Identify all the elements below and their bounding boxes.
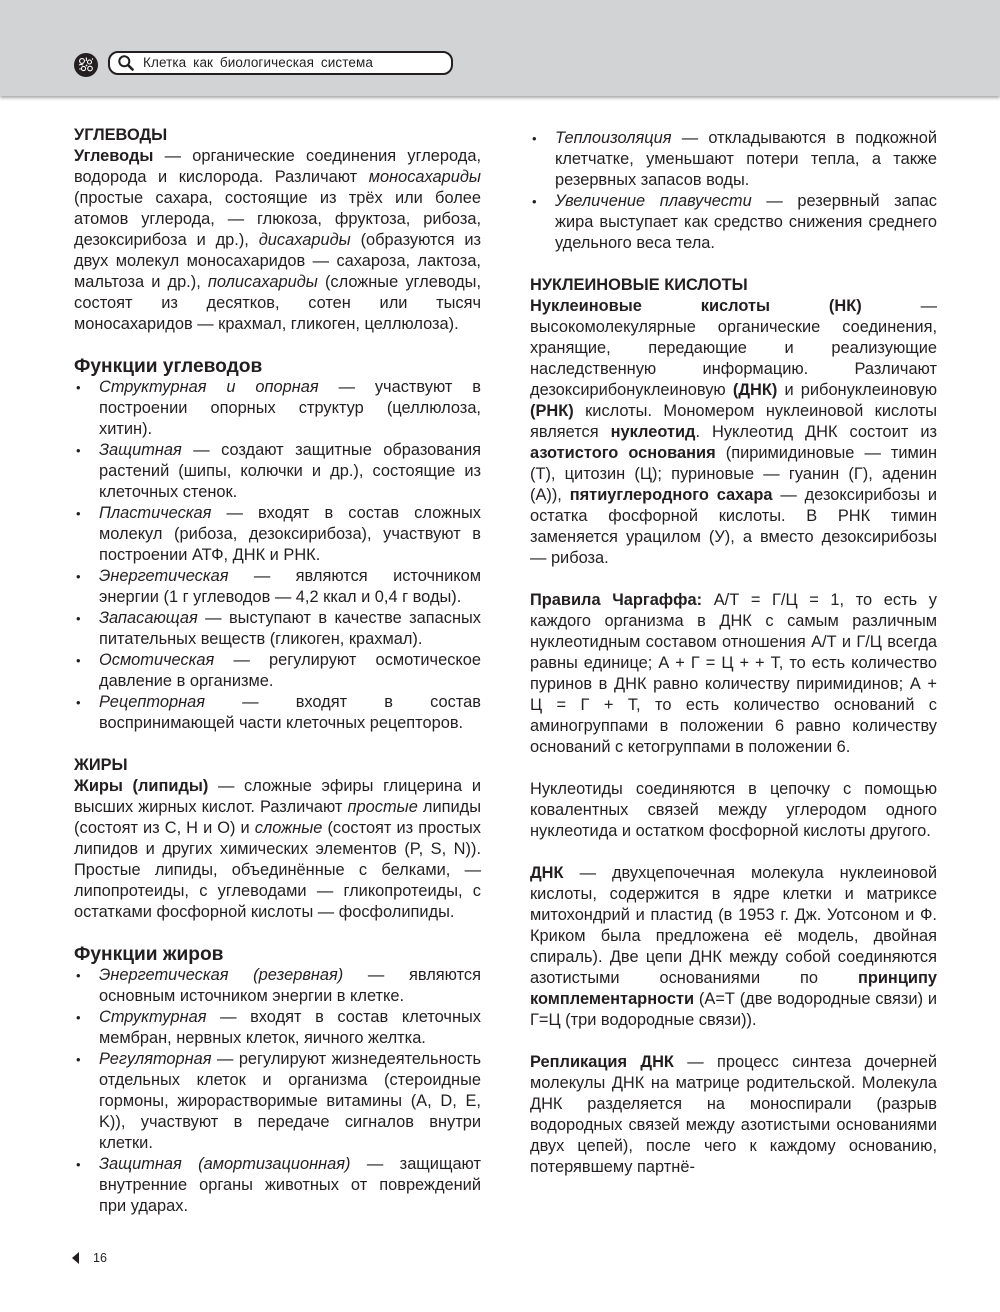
right-column: Теплоизоляция — откладываются в подкожно… xyxy=(530,128,937,1178)
carbs-functions-list: Структурная и опорная — участвуют в пост… xyxy=(74,377,481,734)
list-item: Теплоизоляция — откладываются в подкожно… xyxy=(530,128,937,191)
carbs-functions-title: Функции углеводов xyxy=(74,356,481,377)
bold-term: Жиры (липиды) xyxy=(74,777,208,795)
bold-term: Правила Чаргаффа: xyxy=(530,591,702,609)
bold-term: ДНК xyxy=(530,864,564,882)
text-run: — процесс синтеза дочерней молекулы ДНК … xyxy=(530,1053,937,1176)
list-item: Рецепторная — входят в состав воспринима… xyxy=(74,692,481,734)
italic-term: Структурная xyxy=(99,1008,207,1026)
text-run: А/Т = Г/Ц = 1, то есть у каждого организ… xyxy=(530,591,937,756)
section-title-fats: ЖИРЫ xyxy=(74,755,481,776)
italic-term: моносахариды xyxy=(369,168,481,186)
section-title-nucleic: НУКЛЕИНОВЫЕ КИСЛОТЫ xyxy=(530,275,937,296)
bold-term: Углеводы xyxy=(74,147,153,165)
fats-functions-list: Энергетическая (резервная) — являются ос… xyxy=(74,965,481,1217)
page-marker-icon xyxy=(72,1252,79,1264)
bold-term: (ДНК) xyxy=(733,381,777,399)
list-item: Структурная и опорная — участвуют в пост… xyxy=(74,377,481,440)
italic-term: сложные xyxy=(255,819,323,837)
text-run: Нуклеотиды соединяются в цепочку с помощ… xyxy=(530,780,937,840)
list-item: Защитная — создают защитные образования … xyxy=(74,440,481,503)
list-item: Регуляторная — регулируют жизнедеятельно… xyxy=(74,1049,481,1154)
italic-term: Защитная xyxy=(99,441,182,459)
list-item: Осмотическая — регулируют осмотическое д… xyxy=(74,650,481,692)
dna-replication-paragraph: Репликация ДНК — процесс синтеза дочерне… xyxy=(530,1052,937,1178)
italic-term: Структурная и опорная xyxy=(99,378,319,396)
italic-term: дисахариды xyxy=(259,231,351,249)
carbs-definition: Углеводы — органические соединения углер… xyxy=(74,146,481,335)
text-run: . Нуклеотид ДНК состоит из xyxy=(695,423,937,441)
bold-term: нуклеотид xyxy=(611,423,696,441)
bold-term: Репликация ДНК xyxy=(530,1053,674,1071)
page-number: 16 xyxy=(93,1251,107,1265)
section-title-carbs: УГЛЕВОДЫ xyxy=(74,125,481,146)
bold-term: азотистого основания xyxy=(530,444,716,462)
nucleic-definition: Нуклеиновые кислоты (НК) — высокомолекул… xyxy=(530,296,937,569)
italic-term: Пластическая xyxy=(99,504,211,522)
italic-term: Теплоизоляция xyxy=(555,129,672,147)
left-column: УГЛЕВОДЫ Углеводы — органические соедине… xyxy=(74,125,481,1217)
fats-functions-title: Функции жиров xyxy=(74,944,481,965)
fats-functions-list-continued: Теплоизоляция — откладываются в подкожно… xyxy=(530,128,937,254)
dna-paragraph: ДНК — двухцепочечная молекула нуклеиново… xyxy=(530,863,937,1031)
italic-term: Энергетическая xyxy=(99,567,228,585)
italic-term: Рецепторная xyxy=(99,693,205,711)
chargaff-rules: Правила Чаргаффа: А/Т = Г/Ц = 1, то есть… xyxy=(530,590,937,758)
magnifier-icon xyxy=(117,54,135,72)
bold-term: (РНК) xyxy=(530,402,574,420)
italic-term: Защитная (амортизационная) xyxy=(99,1155,351,1173)
italic-term: Энергетическая (резервная) xyxy=(99,966,343,984)
list-item: Пластическая — входят в состав сложных м… xyxy=(74,503,481,566)
italic-term: Осмотическая xyxy=(99,651,214,669)
running-header: Клетка как биологическая система xyxy=(0,0,1000,96)
section-label: Клетка как биологическая система xyxy=(143,55,373,70)
list-item: Защитная (амортизационная) — защищают вн… xyxy=(74,1154,481,1217)
bold-term: Нуклеиновые кислоты (НК) xyxy=(530,297,862,315)
cell-icon xyxy=(74,53,98,77)
italic-term: простые xyxy=(348,798,418,816)
italic-term: Увеличение плавучести xyxy=(555,192,752,210)
section-search-bar: Клетка как биологическая система xyxy=(108,51,453,75)
list-item: Энергетическая (резервная) — являются ос… xyxy=(74,965,481,1007)
bold-term: пятиуглеродного сахара xyxy=(570,486,773,504)
italic-term: полисахариды xyxy=(208,273,318,291)
italic-term: Регуляторная xyxy=(99,1050,212,1068)
list-item: Структурная — входят в состав клеточных … xyxy=(74,1007,481,1049)
italic-term: Запасающая xyxy=(99,609,198,627)
fats-definition: Жиры (липиды) — сложные эфиры глицерина … xyxy=(74,776,481,923)
list-item: Увеличение плавучести — резервный запас … xyxy=(530,191,937,254)
text-run: и рибонуклеиновую xyxy=(777,381,937,399)
list-item: Энергетическая — являются источником эне… xyxy=(74,566,481,608)
list-item: Запасающая — выступают в качестве запасн… xyxy=(74,608,481,650)
page-footer: 16 xyxy=(72,1251,107,1265)
nucleotide-chain-paragraph: Нуклеотиды соединяются в цепочку с помощ… xyxy=(530,779,937,842)
